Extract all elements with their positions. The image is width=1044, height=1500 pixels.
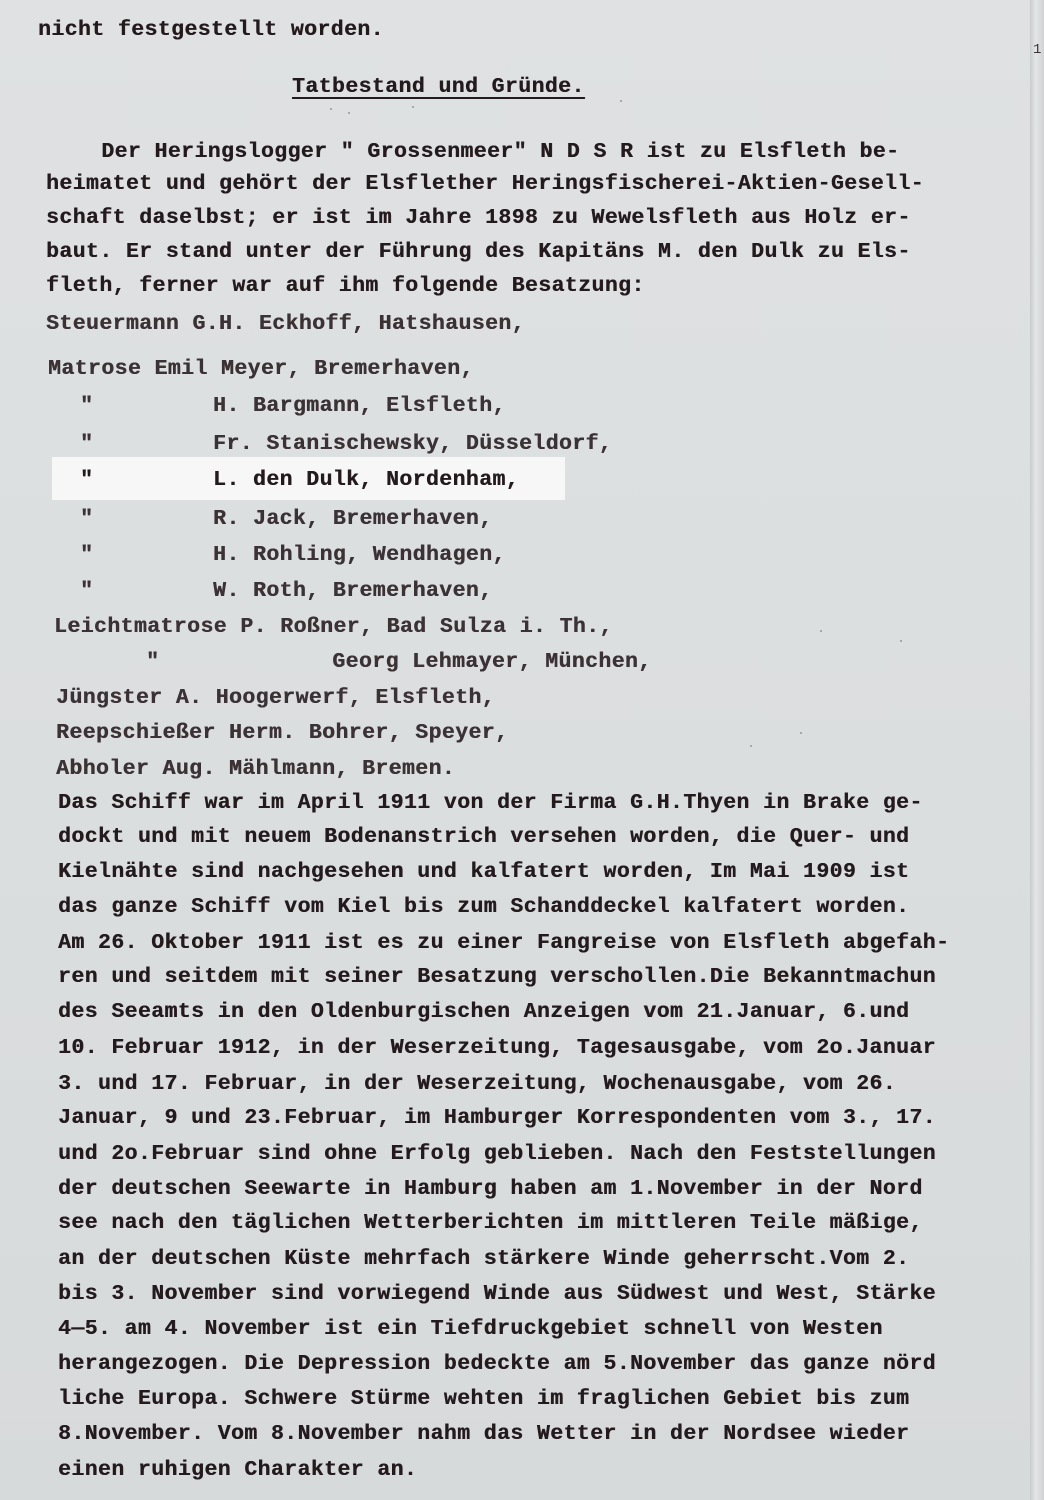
body-line-7: des Seeamts in den Oldenburgischen Anzei… xyxy=(58,998,909,1026)
intro-line-5: fleth, ferner war auf ihm folgende Besat… xyxy=(46,272,645,300)
intro-line-2: heimatet und gehört der Elsflether Herin… xyxy=(46,170,924,198)
crew-row-rossner: Leichtmatrose P. Roßner, Bad Sulza i. Th… xyxy=(54,613,613,641)
body-line-16: 4—5. am 4. November ist ein Tiefdruckgeb… xyxy=(58,1315,883,1343)
crew-row-bargmann: " H. Bargmann, Elsfleth, xyxy=(80,392,506,420)
body-line-20: einen ruhigen Charakter an. xyxy=(58,1456,417,1484)
ink-speck xyxy=(750,745,752,747)
document-page: nicht festgestellt worden. Tatbestand un… xyxy=(0,0,1030,1500)
crew-row-den-dulk-highlighted: " L. den Dulk, Nordenham, xyxy=(80,466,519,494)
body-line-3: Kielnähte sind nachgesehen und kalfatert… xyxy=(58,858,909,886)
ink-speck xyxy=(800,732,802,734)
body-line-14: an der deutschen Küste mehrfach stärkere… xyxy=(58,1245,909,1273)
body-line-19: 8.November. Vom 8.November nahm das Wett… xyxy=(58,1420,909,1448)
body-line-12: der deutschen Seewarte in Hamburg haben … xyxy=(58,1175,923,1203)
body-line-10: Januar, 9 und 23.Februar, im Hamburger K… xyxy=(58,1104,936,1132)
page-edge xyxy=(1030,0,1044,1500)
crew-row-rohling: " H. Rohling, Wendhagen, xyxy=(80,541,506,569)
body-line-4: das ganze Schiff vom Kiel bis zum Schand… xyxy=(58,893,909,921)
ink-speck xyxy=(900,640,902,642)
crew-row-steuermann: Steuermann G.H. Eckhoff, Hatshausen, xyxy=(46,310,525,338)
ink-speck xyxy=(820,630,822,632)
body-line-5: Am 26. Oktober 1911 ist es zu einer Fang… xyxy=(58,929,949,957)
body-line-9: 3. und 17. Februar, in der Weserzeitung,… xyxy=(58,1070,896,1098)
body-line-6: ren und seitdem mit seiner Besatzung ver… xyxy=(58,963,936,991)
crew-row-hoogerwerf: Jüngster A. Hoogerwerf, Elsfleth, xyxy=(56,684,495,712)
body-line-15: bis 3. November sind vorwiegend Winde au… xyxy=(58,1280,936,1308)
body-line-17: herangezogen. Die Depression bedeckte am… xyxy=(58,1350,936,1378)
ink-speck xyxy=(412,106,414,108)
body-line-1: Das Schiff war im April 1911 von der Fir… xyxy=(58,789,923,817)
opening-line: nicht festgestellt worden. xyxy=(38,16,384,44)
body-line-8: 10. Februar 1912, in der Weserzeitung, T… xyxy=(58,1034,936,1062)
crew-row-jack: " R. Jack, Bremerhaven, xyxy=(80,505,492,533)
crew-row-mahlmann: Abholer Aug. Mählmann, Bremen. xyxy=(56,755,455,783)
intro-line-4: baut. Er stand unter der Führung des Kap… xyxy=(46,238,911,266)
crew-row-stanischewsky: " Fr. Stanischewsky, Düsseldorf, xyxy=(80,430,612,458)
intro-line-3: schaft daselbst; er ist im Jahre 1898 zu… xyxy=(46,204,911,232)
page-marker: 1 xyxy=(1033,42,1041,58)
crew-row-lehmayer: " Georg Lehmayer, München, xyxy=(146,648,651,676)
crew-row-roth: " W. Roth, Bremerhaven, xyxy=(80,577,492,605)
crew-row-bohrer: Reepschießer Herm. Bohrer, Speyer, xyxy=(56,719,508,747)
crew-row-matrose-meyer: Matrose Emil Meyer, Bremerhaven, xyxy=(48,355,474,383)
intro-line-1: Der Heringslogger " Grossenmeer" N D S R… xyxy=(48,138,899,166)
ink-speck xyxy=(620,100,622,102)
ink-speck xyxy=(348,112,350,114)
body-line-2: dockt und mit neuem Bodenanstrich verseh… xyxy=(58,823,909,851)
body-line-13: see nach den täglichen Wetterberichten i… xyxy=(58,1209,923,1237)
section-heading: Tatbestand und Gründe. xyxy=(292,73,585,101)
ink-speck xyxy=(330,108,332,110)
body-line-18: liche Europa. Schwere Stürme wehten im f… xyxy=(58,1385,909,1413)
body-line-11: und 2o.Februar sind ohne Erfolg gebliebe… xyxy=(58,1140,936,1168)
